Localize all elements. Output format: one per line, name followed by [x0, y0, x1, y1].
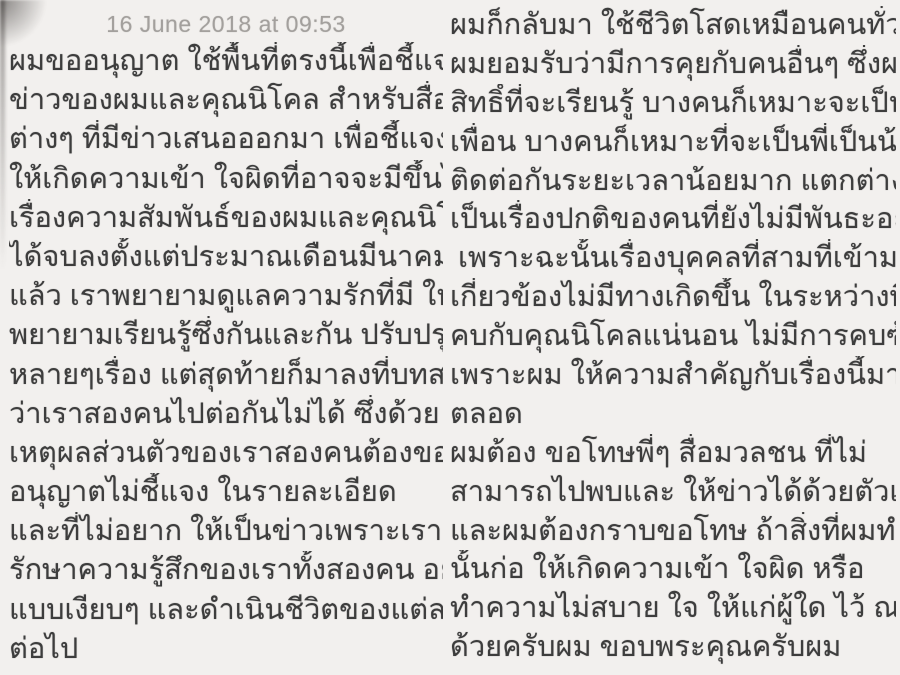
- text-line: อนุญาตไม่ชี้แจง ในรายละเอียด: [9, 473, 443, 512]
- text-line: เป็นเรื่องปกติของคนที่ยังไม่มีพันธะอะไร: [450, 200, 896, 239]
- text-line: ผมก็กลับมา ใช้ชีวิตโสดเหมือนคนทั่วไป: [450, 6, 896, 45]
- text-line: ผมขออนุญาต ใช้พื้นที่ตรงนี้เพื่อชี้แจง: [9, 42, 443, 81]
- left-column: 16 June 2018 at 09:53 ผมขออนุญาต ใช้พื้น…: [9, 6, 443, 675]
- text-line: ผมยอมรับว่ามีการคุยกับคนอื่นๆ ซึ่งผมมี: [450, 45, 896, 84]
- text-line: เพราะฉะนั้นเรื่องบุคคลที่สามที่เข้ามา: [450, 239, 896, 278]
- photo-edge-artifact: [0, 0, 5, 270]
- left-column-text: ผมขออนุญาต ใช้พื้นที่ตรงนี้เพื่อชี้แจงข่…: [9, 42, 443, 669]
- text-line: พยายามเรียนรู้ซึ่งกันและกัน ปรับปรุงใน: [9, 316, 443, 355]
- text-line: ต่างๆ ที่มีข่าวเสนอออกมา เพื่อชี้แจงไม่: [9, 120, 443, 159]
- text-line: ให้เกิดความเข้า ใจผิดที่อาจจะมีขึ้นได้: [9, 160, 443, 199]
- text-line: ผมต้อง ขอโทษพี่ๆ สื่อมวลชน ที่ไม่: [450, 434, 896, 473]
- text-line: เกี่ยวข้องไม่มีทางเกิดขึ้น ในระหว่างที่ผ…: [450, 278, 896, 317]
- text-line: และผมต้องกราบขอโทษ ถ้าสิ่งที่ผมทำ: [450, 512, 896, 551]
- text-line: เพื่อน บางคนก็เหมาะที่จะเป็นพี่เป็นน้อง: [450, 123, 896, 162]
- text-line: ด้วยครับผม ขอบพระคุณครับผม: [450, 628, 896, 667]
- text-line: สิทธิ์ที่จะเรียนรู้ บางคนก็เหมาะจะเป็น: [450, 84, 896, 123]
- text-line: ตลอด: [450, 395, 896, 434]
- text-line: รักษาความรู้สึกของเราทั้งสองคน อยู่กัน: [9, 551, 443, 590]
- text-line: เพราะผม ให้ความสำคัญกับเรื่องนี้มา โดย: [450, 356, 896, 395]
- text-line: และที่ไม่อยาก ให้เป็นข่าวเพราะเราอยาก: [9, 512, 443, 551]
- text-line: ติดต่อกันระยะเวลาน้อยมาก แตกต่างกัน: [450, 162, 896, 201]
- text-line: หลายๆเรื่อง แต่สุดท้ายก็มาลงที่บทสรุป: [9, 356, 443, 395]
- right-column: ผมก็กลับมา ใช้ชีวิตโสดเหมือนคนทั่วไปผมยอ…: [450, 6, 896, 675]
- text-line: สามารถไปพบและ ให้ข่าวได้ด้วยตัวเอง: [450, 473, 896, 512]
- text-line: เรื่องความสัมพันธ์ของผมและคุณนิโคล: [9, 199, 443, 238]
- right-column-text: ผมก็กลับมา ใช้ชีวิตโสดเหมือนคนทั่วไปผมยอ…: [450, 6, 896, 667]
- text-line: ได้จบลงตั้งแต่ประมาณเดือนมีนาคมที่: [9, 238, 443, 277]
- text-line: แล้ว เราพยายามดูแลความรักที่มี ให้กัน: [9, 277, 443, 316]
- text-line: ทำความไม่สบาย ใจ ให้แก่ผู้ใด ไว้ ณ ที่นี…: [450, 589, 896, 628]
- text-line: เหตุผลส่วนตัวของเราสองคนต้องขอ: [9, 434, 443, 473]
- text-line: คบกับคุณนิโคลแน่นอน ไม่มีการคบซ้อน: [450, 317, 896, 356]
- text-line: นั้นก่อ ให้เกิดความเข้า ใจผิด หรือ: [450, 550, 896, 589]
- text-line: ข่าวของผมและคุณนิโคล สำหรับสื่อ: [9, 81, 443, 120]
- text-line: แบบเงียบๆ และดำเนินชีวิตของแต่ละคน: [9, 591, 443, 630]
- text-line: ว่าเราสองคนไปต่อกันไม่ได้ ซึ่งด้วย: [9, 395, 443, 434]
- text-line: ต่อไป: [9, 630, 443, 669]
- timestamp: 16 June 2018 at 09:53: [9, 6, 443, 42]
- note-screenshot: 16 June 2018 at 09:53 ผมขออนุญาต ใช้พื้น…: [0, 0, 900, 675]
